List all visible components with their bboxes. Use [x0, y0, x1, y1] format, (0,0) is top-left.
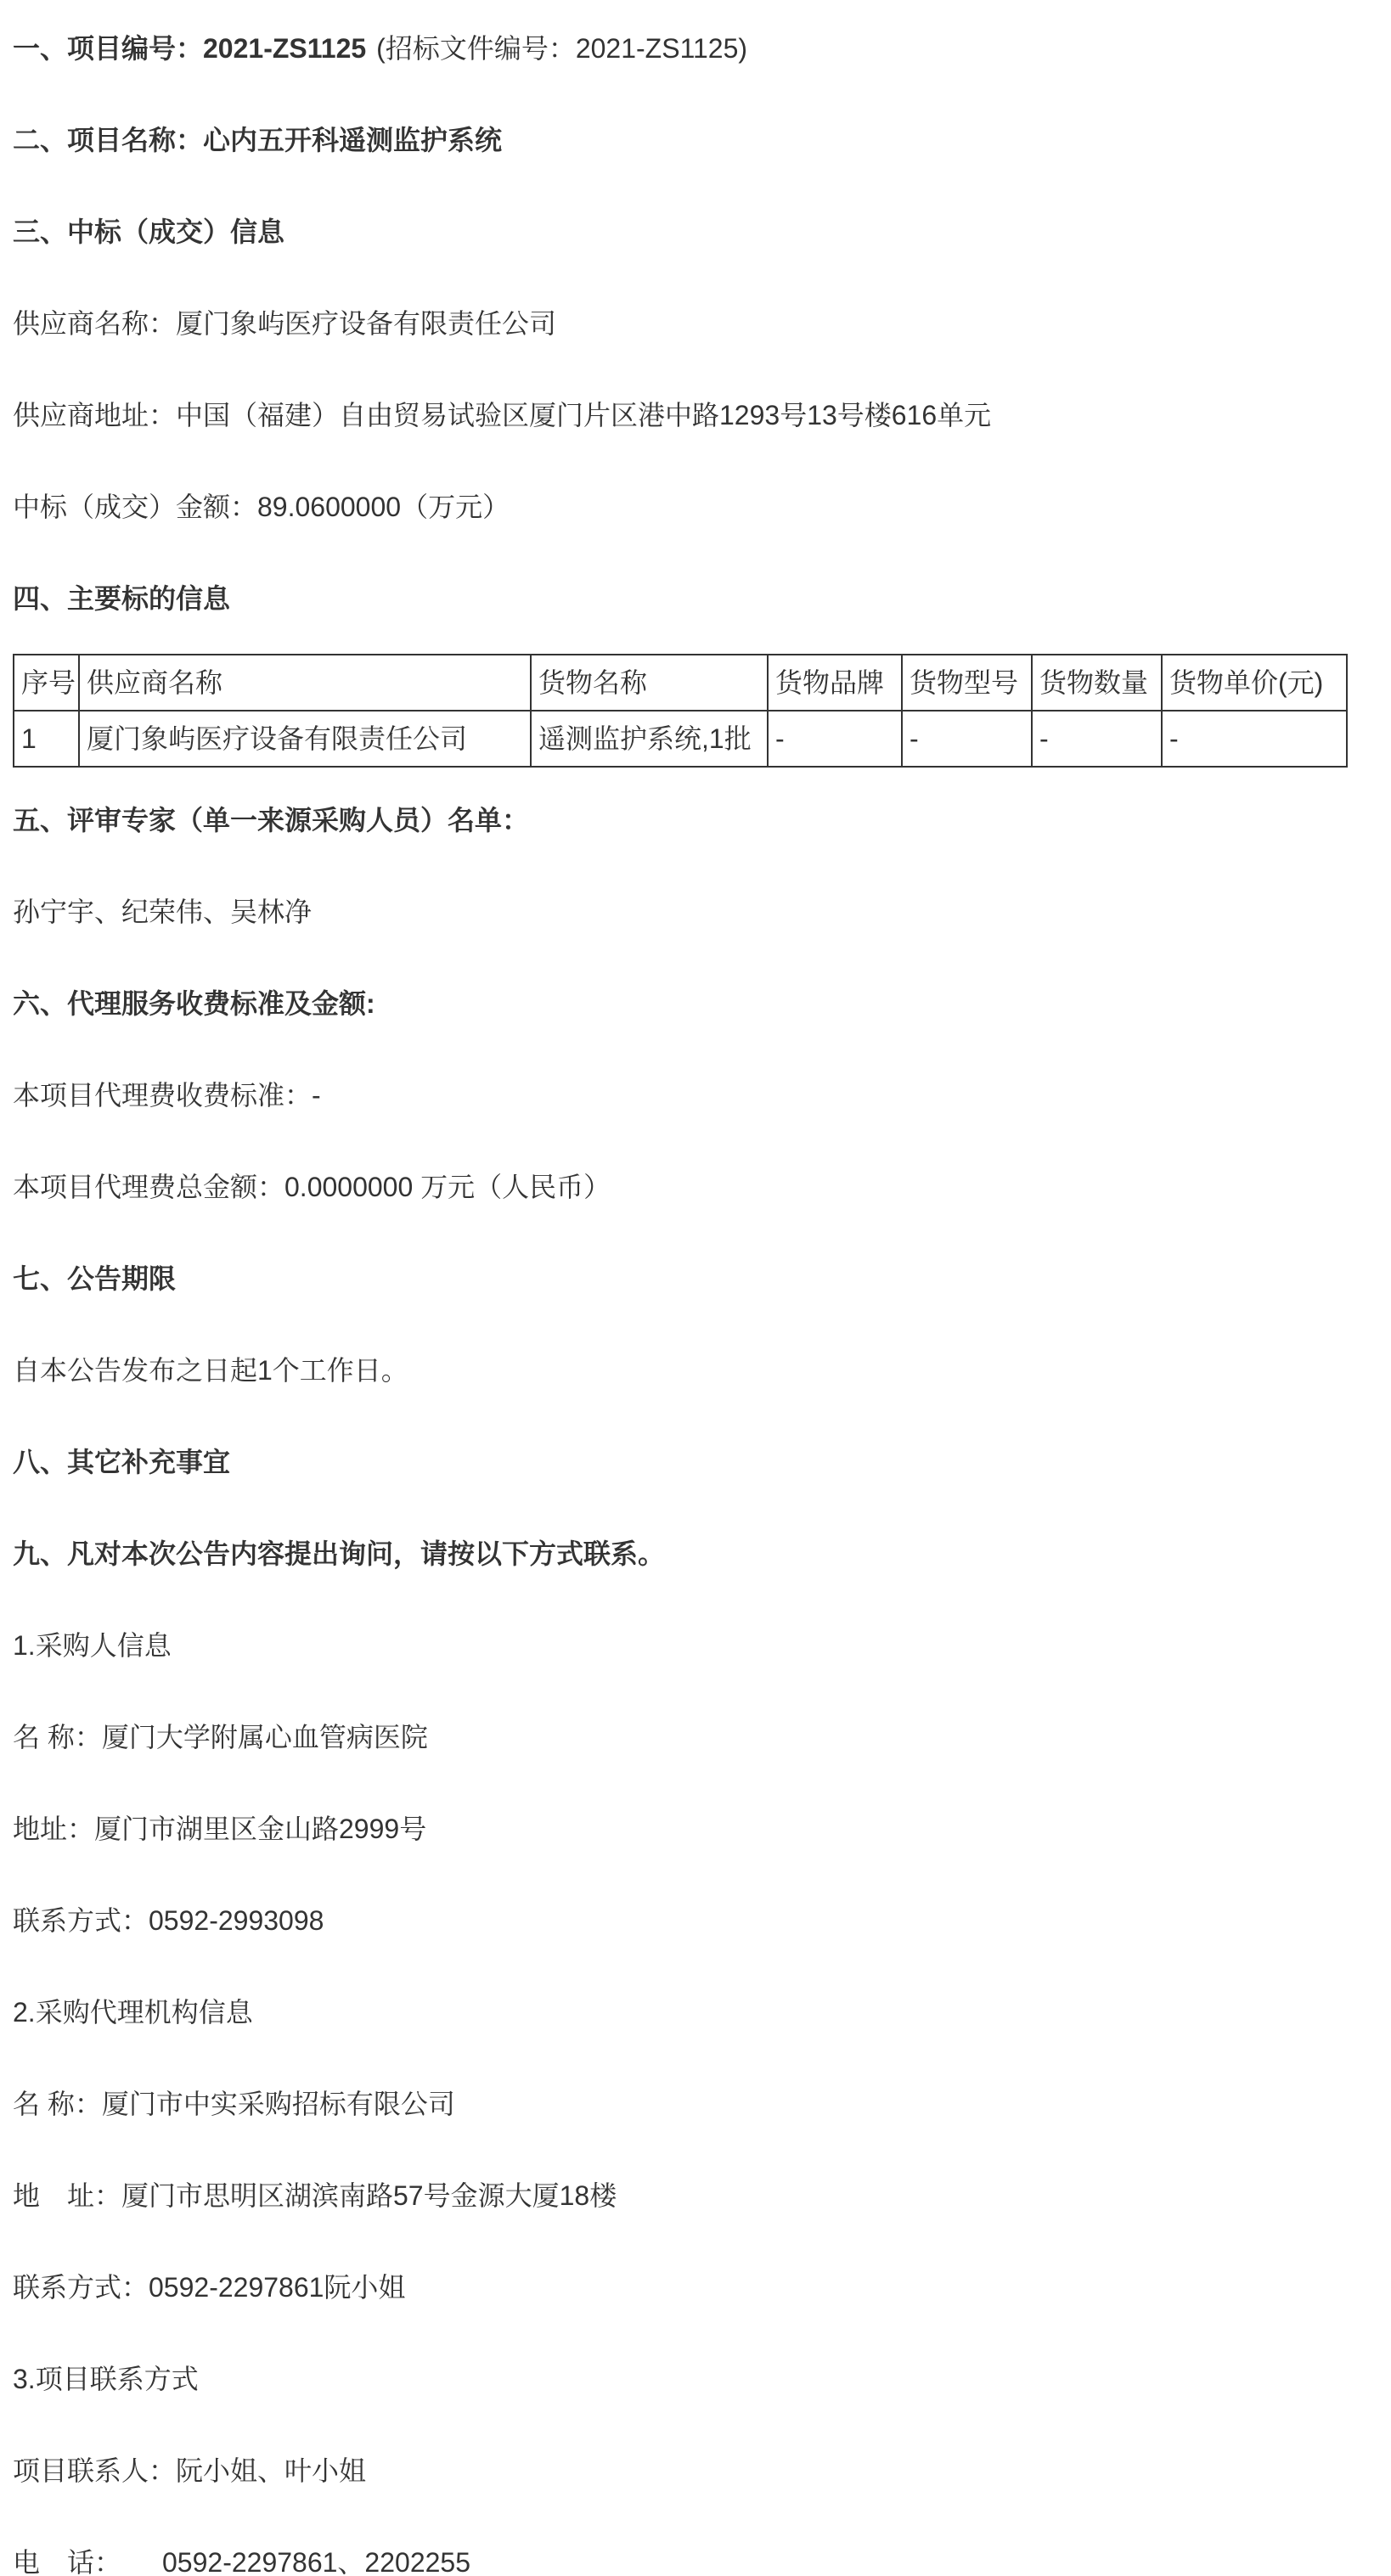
- table-header-cell-seq: 序号: [14, 655, 79, 711]
- bid-items-table-body: 1 厦门象屿医疗设备有限责任公司 遥测监护系统,1批 - - - -: [14, 711, 1347, 767]
- agency-name: 名 称：厦门市中实采购招标有限公司: [13, 2089, 1366, 2118]
- table-header-cell-goods-name: 货物名称: [531, 655, 768, 711]
- purchaser-phone: 联系方式：0592-2993098: [13, 1906, 1366, 1935]
- project-number-text: 一、项目编号：2021-ZS1125: [13, 33, 366, 64]
- table-cell-seq: 1: [14, 711, 79, 767]
- supplement-heading: 八、其它补充事宜: [13, 1448, 1366, 1476]
- table-cell-model: -: [902, 711, 1032, 767]
- agency-address: 地 址：厦门市思明区湖滨南路57号金源大厦18楼: [13, 2181, 1366, 2210]
- bid-document-number-text: (招标文件编号：2021-ZS1125): [376, 33, 747, 64]
- project-number-heading: 一、项目编号：2021-ZS1125(招标文件编号：2021-ZS1125): [13, 34, 1366, 63]
- award-info-heading: 三、中标（成交）信息: [13, 217, 1366, 246]
- bid-items-table: 序号 供应商名称 货物名称 货物品牌 货物型号 货物数量 货物单价(元) 1 厦…: [13, 654, 1348, 768]
- table-cell-brand: -: [768, 711, 902, 767]
- table-header-cell-quantity: 货物数量: [1032, 655, 1162, 711]
- agency-fee-heading: 六、代理服务收费标准及金额:: [13, 989, 1366, 1018]
- table-cell-goods-name: 遥测监护系统,1批: [531, 711, 768, 767]
- experts-names: 孙宁宇、纪荣伟、吴林净: [13, 897, 1366, 926]
- inquiry-contact-heading: 九、凡对本次公告内容提出询问，请按以下方式联系。: [13, 1539, 1366, 1568]
- announcement-period-text: 自本公告发布之日起1个工作日。: [13, 1356, 1366, 1385]
- purchaser-name: 名 称：厦门大学附属心血管病医院: [13, 1723, 1366, 1752]
- purchaser-address: 地址：厦门市湖里区金山路2999号: [13, 1814, 1366, 1843]
- bid-items-table-head: 序号 供应商名称 货物名称 货物品牌 货物型号 货物数量 货物单价(元): [14, 655, 1347, 711]
- agency-fee-standard: 本项目代理费收费标准：-: [13, 1081, 1366, 1110]
- table-row: 1 厦门象屿医疗设备有限责任公司 遥测监护系统,1批 - - - -: [14, 711, 1347, 767]
- table-header-row: 序号 供应商名称 货物名称 货物品牌 货物型号 货物数量 货物单价(元): [14, 655, 1347, 711]
- award-amount: 中标（成交）金额：89.0600000（万元）: [13, 492, 1366, 521]
- table-cell-quantity: -: [1032, 711, 1162, 767]
- agency-phone: 联系方式：0592-2297861阮小姐: [13, 2273, 1366, 2302]
- table-cell-supplier: 厦门象屿医疗设备有限责任公司: [79, 711, 531, 767]
- experts-heading: 五、评审专家（单一来源采购人员）名单：: [13, 806, 1366, 835]
- main-subject-heading: 四、主要标的信息: [13, 584, 1366, 613]
- purchaser-section-title: 1.采购人信息: [13, 1631, 1366, 1660]
- supplier-name: 供应商名称：厦门象屿医疗设备有限责任公司: [13, 309, 1366, 338]
- project-name-heading: 二、项目名称：心内五开科遥测监护系统: [13, 126, 1366, 155]
- agency-section-title: 2.采购代理机构信息: [13, 1998, 1366, 2027]
- table-header-cell-brand: 货物品牌: [768, 655, 902, 711]
- project-contact-person: 项目联系人：阮小姐、叶小姐: [13, 2456, 1366, 2485]
- procurement-award-announcement: 一、项目编号：2021-ZS1125(招标文件编号：2021-ZS1125) 二…: [0, 0, 1391, 2576]
- project-contact-phone: 电 话： 0592-2297861、2202255: [13, 2548, 1366, 2576]
- table-header-cell-model: 货物型号: [902, 655, 1032, 711]
- project-contact-section-title: 3.项目联系方式: [13, 2365, 1366, 2393]
- announcement-period-heading: 七、公告期限: [13, 1264, 1366, 1293]
- supplier-address: 供应商地址：中国（福建）自由贸易试验区厦门片区港中路1293号13号楼616单元: [13, 401, 1366, 430]
- table-header-cell-unit-price: 货物单价(元): [1162, 655, 1347, 711]
- table-header-cell-supplier: 供应商名称: [79, 655, 531, 711]
- agency-fee-total: 本项目代理费总金额：0.0000000 万元（人民币）: [13, 1173, 1366, 1201]
- table-cell-unit-price: -: [1162, 711, 1347, 767]
